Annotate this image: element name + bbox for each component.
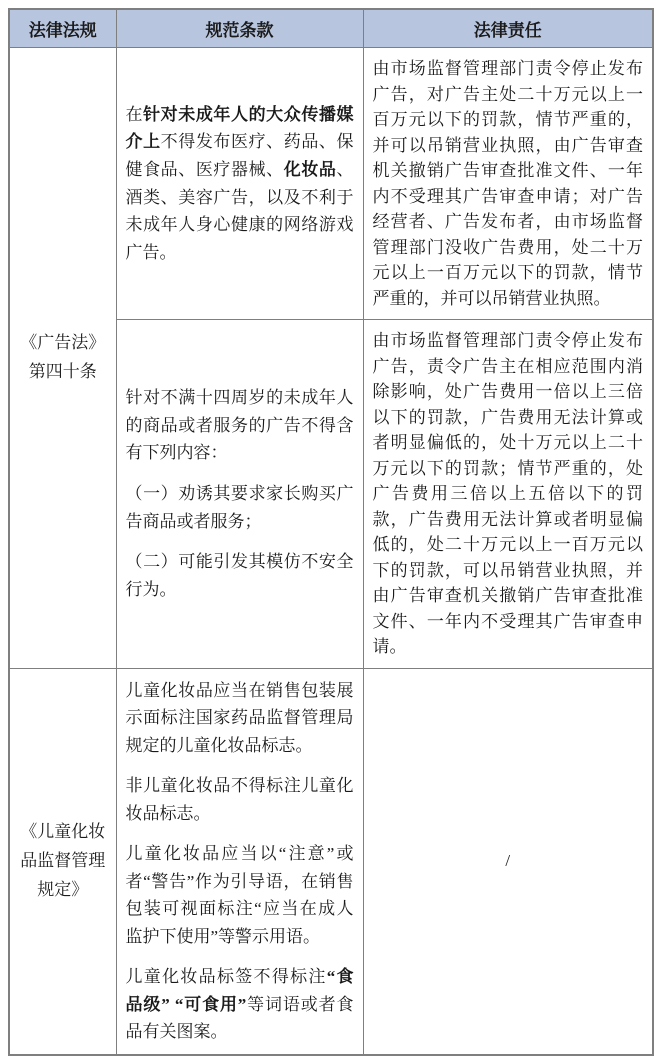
clause-paragraph: 在针对未成年人的大众传播媒介上不得发布医疗、药品、保健食品、医疗器械、化妆品、酒… [126, 101, 354, 266]
clause-paragraph: 儿童化妆品应当以“注意”或者“警告”作为引导语，在销售包装可视面标注“应当在成人… [126, 840, 354, 950]
clause-adlaw-media: 在针对未成年人的大众传播媒介上不得发布医疗、药品、保健食品、医疗器械、化妆品、酒… [116, 48, 363, 320]
clause-paragraph: 针对不满十四周岁的未成年人的商品或者服务的广告不得含有下列内容： [126, 384, 354, 467]
law-title-line: 规定》 [14, 876, 112, 905]
regulations-table: 法律法规 规范条款 法律责任 《广告法》 第四十条 在针对未成年人的大众传播媒介… [8, 8, 654, 1056]
law-title-advertising-law: 《广告法》 第四十条 [9, 48, 116, 669]
header-law: 法律法规 [9, 9, 116, 48]
clause-children-cosmetics: 儿童化妆品应当在销售包装展示面标注国家药品监督管理局规定的儿童化妆品标志。 非儿… [116, 668, 363, 1055]
law-title-line: 品监督管理 [14, 847, 112, 876]
liability-paragraph: 由市场监督管理部门责令停止发布广告，责令广告主在相应范围内消除影响，处广告费用一… [373, 328, 644, 660]
liability-children-cosmetics: / [363, 668, 653, 1055]
clause-paragraph: （一）劝诱其要求家长购买广告商品或者服务； [126, 480, 354, 535]
clause-text-bold: 化妆品 [284, 160, 337, 179]
law-title-line: 《广告法》 [14, 329, 112, 358]
clause-text: 在 [126, 105, 144, 124]
table-row-adlaw-sub1: 《广告法》 第四十条 在针对未成年人的大众传播媒介上不得发布医疗、药品、保健食品… [9, 48, 653, 320]
liability-adlaw-sub1: 由市场监督管理部门责令停止发布广告，对广告主处二十万元以上一百万元以下的罚款，情… [363, 48, 653, 320]
table-header-row: 法律法规 规范条款 法律责任 [9, 9, 653, 48]
clause-paragraph: 非儿童化妆品不得标注儿童化妆品标志。 [126, 772, 354, 827]
header-clause: 规范条款 [116, 9, 363, 48]
liability-adlaw-sub2: 由市场监督管理部门责令停止发布广告，责令广告主在相应范围内消除影响，处广告费用一… [363, 320, 653, 669]
document-page: 法律法规 规范条款 法律责任 《广告法》 第四十条 在针对未成年人的大众传播媒介… [0, 0, 659, 902]
law-title-children-cosmetics: 《儿童化妆 品监督管理 规定》 [9, 668, 116, 1055]
clause-paragraph: （二）可能引发其模仿不安全行为。 [126, 548, 354, 603]
clause-text: 儿童化妆品标签不得标注 [126, 967, 327, 986]
liability-paragraph: 由市场监督管理部门责令停止发布广告，对广告主处二十万元以上一百万元以下的罚款，情… [373, 56, 644, 311]
clause-paragraph: 儿童化妆品应当在销售包装展示面标注国家药品监督管理局规定的儿童化妆品标志。 [126, 677, 354, 760]
header-liability: 法律责任 [363, 9, 653, 48]
table-row-children-cosmetics: 《儿童化妆 品监督管理 规定》 儿童化妆品应当在销售包装展示面标注国家药品监督管… [9, 668, 653, 1055]
law-title-line: 《儿童化妆 [14, 818, 112, 847]
law-title-line: 第四十条 [14, 358, 112, 387]
clause-paragraph: 儿童化妆品标签不得标注“食品级” “可食用”等词语或者食品有关图案。 [126, 963, 354, 1046]
clause-adlaw-minors: 针对不满十四周岁的未成年人的商品或者服务的广告不得含有下列内容： （一）劝诱其要… [116, 320, 363, 669]
